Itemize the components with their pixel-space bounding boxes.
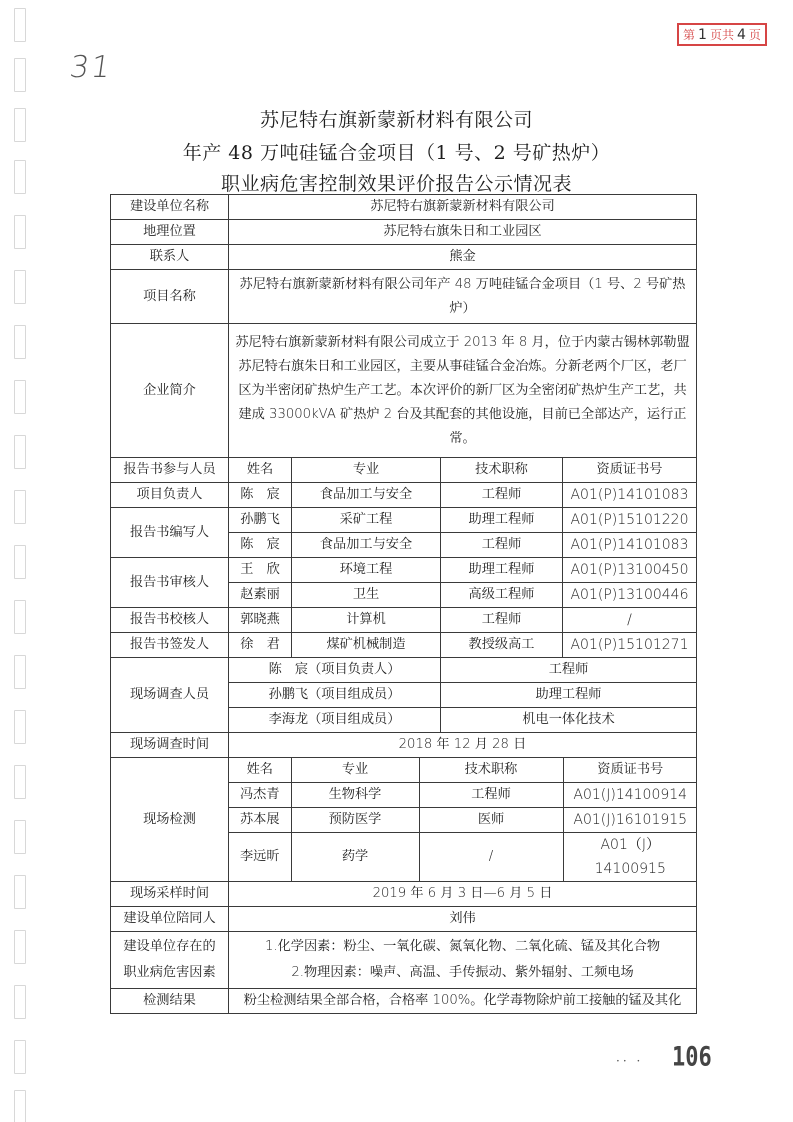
survey-time-label: 现场调查时间: [111, 733, 229, 758]
person-name: 徐 君: [229, 633, 292, 658]
col-header-name: 姓名: [229, 758, 291, 783]
person-cert: A01(P)14101083: [563, 533, 697, 558]
results-value: 粉尘检测结果全部合格，合格率 100%。化学毒物除炉前工接触的锰及其化: [229, 989, 697, 1014]
survey-row: 现场调查人员 陈 宸（项目负责人） 工程师: [111, 658, 697, 683]
profile-value: 苏尼特右旗新蒙新材料有限公司成立于 2013 年 8 月，位于内蒙古锡林郭勒盟苏…: [229, 324, 697, 458]
table-row: 报告书编写人 孙鹏飞 采矿工程 助理工程师 A01(P)15101220: [111, 508, 697, 533]
sampling-label: 现场采样时间: [111, 882, 229, 907]
role-label: 报告书校核人: [111, 608, 229, 633]
scan-marks: ·· ·: [616, 1054, 643, 1068]
escort-label: 建设单位陪同人: [111, 907, 229, 932]
survey-label: 现场调查人员: [111, 658, 229, 733]
row-contact: 联系人 熊金: [111, 245, 697, 270]
hazards-label: 建设单位存在的 职业病危害因素: [111, 932, 229, 989]
location-label: 地理位置: [111, 220, 229, 245]
person-title: 助理工程师: [441, 508, 563, 533]
table-row: 项目负责人 陈 宸 食品加工与安全 工程师 A01(P)14101083: [111, 483, 697, 508]
person-title: 工程师: [441, 533, 563, 558]
table-row: 苏本展 预防医学 医师 A01(J)16101915: [229, 808, 697, 833]
person-name: 陈 宸: [229, 533, 292, 558]
col-header-title: 技术职称: [419, 758, 563, 783]
person-title: 教授级高工: [441, 633, 563, 658]
title-company: 苏尼特右旗新蒙新材料有限公司: [0, 105, 793, 132]
person-title: /: [419, 833, 563, 882]
person-cert: A01(P)13100446: [563, 583, 697, 608]
escort-row: 建设单位陪同人 刘伟: [111, 907, 697, 932]
person-name: 苏本展: [229, 808, 291, 833]
person-name: 陈 宸: [229, 483, 292, 508]
personnel-section-label: 报告书参与人员: [111, 458, 229, 483]
person-name: 郭晓燕: [229, 608, 292, 633]
sampling-value: 2019 年 6 月 3 日—6 月 5 日: [229, 882, 697, 907]
personnel-header-row: 报告书参与人员 姓名 专业 技术职称 资质证书号: [111, 458, 697, 483]
person-cert: A01(J)16101915: [563, 808, 697, 833]
person-cert: A01(P)13100450: [563, 558, 697, 583]
person-major: 预防医学: [291, 808, 419, 833]
col-header-name: 姓名: [229, 458, 292, 483]
company-label: 建设单位名称: [111, 195, 229, 220]
person-name: 孙鹏飞: [229, 508, 292, 533]
stamp-page: 1: [698, 27, 707, 43]
person-cert: A01(P)15101220: [563, 508, 697, 533]
person-major: 食品加工与安全: [292, 533, 441, 558]
stamp-prefix: 第: [683, 28, 695, 42]
person-title: 高级工程师: [441, 583, 563, 608]
detection-label: 现场检测: [111, 758, 229, 882]
table-row: 报告书审核人 王 欣 环境工程 助理工程师 A01(P)13100450: [111, 558, 697, 583]
location-value: 苏尼特右旗朱日和工业园区: [229, 220, 697, 245]
person-major: 生物科学: [291, 783, 419, 808]
person-major: 药学: [291, 833, 419, 882]
col-header-major: 专业: [292, 458, 441, 483]
sampling-row: 现场采样时间 2019 年 6 月 3 日—6 月 5 日: [111, 882, 697, 907]
results-label: 检测结果: [111, 989, 229, 1014]
detection-header-row: 姓名 专业 技术职称 资质证书号: [229, 758, 697, 783]
survey-title: 助理工程师: [441, 683, 697, 708]
survey-person: 李海龙（项目组成员）: [229, 708, 441, 733]
col-header-cert: 资质证书号: [563, 458, 697, 483]
profile-label: 企业简介: [111, 324, 229, 458]
person-major: 食品加工与安全: [292, 483, 441, 508]
role-label: 报告书编写人: [111, 508, 229, 558]
person-major: 环境工程: [292, 558, 441, 583]
person-name: 王 欣: [229, 558, 292, 583]
handwritten-margin-note: 31: [68, 50, 115, 85]
contact-value: 熊金: [229, 245, 697, 270]
role-label: 项目负责人: [111, 483, 229, 508]
col-header-cert: 资质证书号: [563, 758, 697, 783]
person-cert: A01(P)14101083: [563, 483, 697, 508]
row-profile: 企业简介 苏尼特右旗新蒙新材料有限公司成立于 2013 年 8 月，位于内蒙古锡…: [111, 324, 697, 458]
detection-table: 姓名 专业 技术职称 资质证书号 冯杰青 生物科学 工程师 A01(J)1410…: [229, 758, 697, 881]
title-form: 职业病危害控制效果评价报告公示情况表: [0, 169, 793, 196]
person-title: 工程师: [419, 783, 563, 808]
page-number: 106: [672, 1043, 712, 1073]
stamp-total: 4: [737, 27, 746, 43]
row-project: 项目名称 苏尼特右旗新蒙新材料有限公司年产 48 万吨硅锰合金项目（1 号、2 …: [111, 270, 697, 324]
role-label: 报告书审核人: [111, 558, 229, 608]
disclosure-table: 建设单位名称 苏尼特右旗新蒙新材料有限公司 地理位置 苏尼特右旗朱日和工业园区 …: [110, 194, 697, 1014]
survey-time-row: 现场调查时间 2018 年 12 月 28 日: [111, 733, 697, 758]
table-row: 报告书校核人 郭晓燕 计算机 工程师 /: [111, 608, 697, 633]
escort-value: 刘伟: [229, 907, 697, 932]
project-value: 苏尼特右旗新蒙新材料有限公司年产 48 万吨硅锰合金项目（1 号、2 号矿热炉）: [229, 270, 697, 324]
stamp-mid: 页共: [710, 28, 734, 42]
person-cert: A01(P)15101271: [563, 633, 697, 658]
person-cert: A01（J）14100915: [563, 833, 697, 882]
contact-label: 联系人: [111, 245, 229, 270]
role-label: 报告书签发人: [111, 633, 229, 658]
person-title: 医师: [419, 808, 563, 833]
survey-title: 工程师: [441, 658, 697, 683]
detection-cell: 姓名 专业 技术职称 资质证书号 冯杰青 生物科学 工程师 A01(J)1410…: [229, 758, 697, 882]
person-cert: A01(J)14100914: [563, 783, 697, 808]
table-row: 冯杰青 生物科学 工程师 A01(J)14100914: [229, 783, 697, 808]
survey-person: 孙鹏飞（项目组成员）: [229, 683, 441, 708]
person-name: 李远昕: [229, 833, 291, 882]
person-name: 冯杰青: [229, 783, 291, 808]
results-row: 检测结果 粉尘检测结果全部合格，合格率 100%。化学毒物除炉前工接触的锰及其化: [111, 989, 697, 1014]
title-project: 年产 48 万吨硅锰合金项目（1 号、2 号矿热炉）: [0, 138, 793, 165]
person-major: 采矿工程: [292, 508, 441, 533]
person-major: 计算机: [292, 608, 441, 633]
person-title: 工程师: [441, 483, 563, 508]
table-row: 报告书签发人 徐 君 煤矿机械制造 教授级高工 A01(P)15101271: [111, 633, 697, 658]
survey-time-value: 2018 年 12 月 28 日: [229, 733, 697, 758]
person-name: 赵素丽: [229, 583, 292, 608]
hazards-label-line2: 职业病危害因素: [113, 960, 226, 986]
hazards-physical: 2.物理因素：噪声、高温、手传振动、紫外辐射、工频电场: [235, 960, 690, 986]
hazards-row: 建设单位存在的 职业病危害因素 1.化学因素：粉尘、一氧化碳、氮氧化物、二氧化硫…: [111, 932, 697, 989]
person-cert: /: [563, 608, 697, 633]
person-major: 煤矿机械制造: [292, 633, 441, 658]
person-major: 卫生: [292, 583, 441, 608]
row-company: 建设单位名称 苏尼特右旗新蒙新材料有限公司: [111, 195, 697, 220]
col-header-title: 技术职称: [441, 458, 563, 483]
col-header-major: 专业: [291, 758, 419, 783]
survey-title: 机电一体化技术: [441, 708, 697, 733]
hazards-chemical: 1.化学因素：粉尘、一氧化碳、氮氧化物、二氧化硫、锰及其化合物: [235, 934, 690, 960]
survey-person: 陈 宸（项目负责人）: [229, 658, 441, 683]
person-title: 工程师: [441, 608, 563, 633]
person-title: 助理工程师: [441, 558, 563, 583]
stamp-suffix: 页: [749, 28, 761, 42]
project-label: 项目名称: [111, 270, 229, 324]
row-location: 地理位置 苏尼特右旗朱日和工业园区: [111, 220, 697, 245]
hazards-label-line1: 建设单位存在的: [113, 934, 226, 960]
detection-block: 现场检测 姓名 专业 技术职称 资质证书号 冯杰青 生物科学 工程师 A01(J…: [111, 758, 697, 882]
hazards-value: 1.化学因素：粉尘、一氧化碳、氮氧化物、二氧化硫、锰及其化合物 2.物理因素：噪…: [229, 932, 697, 989]
table-row: 李远昕 药学 / A01（J）14100915: [229, 833, 697, 882]
page-count-stamp: 第1页共4页: [677, 23, 767, 46]
company-value: 苏尼特右旗新蒙新材料有限公司: [229, 195, 697, 220]
